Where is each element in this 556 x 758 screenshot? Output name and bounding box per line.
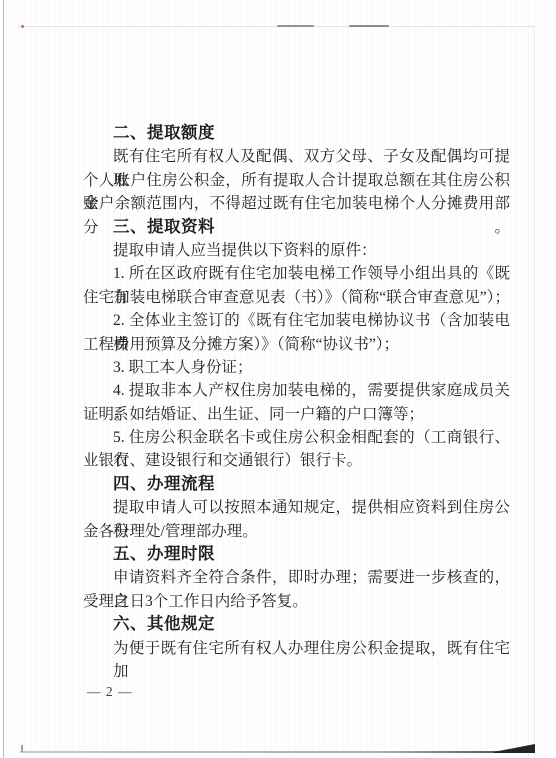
doc-line: 提取申请人应当提供以下资料的原件： — [83, 239, 510, 262]
scan-left-edge-line — [3, 0, 4, 758]
doc-line: 受理之日3个工作日内给予答复。 — [83, 590, 510, 613]
red-speck-artifact — [21, 25, 24, 28]
doc-line: 4. 提取非本人产权住房加装电梯的，需要提供家庭成员关系 — [83, 379, 510, 402]
scan-corner-shadow-wedge — [494, 744, 535, 753]
doc-line: 金各分理处/管理部办理。 — [83, 520, 510, 543]
section-heading-processing-time-limit: 五、办理时限 — [83, 543, 510, 566]
doc-line: 个人账户住房公积金，所有提取人合计提取总额在其住房公积金 — [83, 169, 510, 192]
section-heading-withdrawal-amount: 二、提取额度 — [83, 122, 510, 145]
doc-line: 业银行、建设银行和交通银行）银行卡。 — [83, 449, 510, 472]
doc-line: 3. 职工本人身份证； — [83, 356, 510, 379]
doc-line: 为便于既有住宅所有权人办理住房公积金提取，既有住宅加 — [83, 637, 510, 660]
scan-top-edge-dark-segment — [277, 25, 314, 27]
scan-bottom-left-tick — [21, 745, 23, 752]
doc-line: 2. 全体业主签订的《既有住宅加装电梯协议书（含加装电梯 — [83, 309, 510, 332]
doc-line: 工程费用预算及分摊方案）》（简称“协议书”）； — [83, 333, 510, 356]
doc-line: 申请资料齐全符合条件，即时办理；需要进一步核查的，自 — [83, 566, 510, 589]
doc-line: 证明。如结婚证、出生证、同一户籍的户口簿等； — [83, 403, 510, 426]
page-number: — 2 — — [87, 684, 133, 700]
document-page: 二、提取额度 既有住宅所有权人及配偶、双方父母、子女及配偶均可提取 个人账户住房… — [0, 0, 556, 758]
document-text-block: 二、提取额度 既有住宅所有权人及配偶、双方父母、子女及配偶均可提取 个人账户住房… — [83, 122, 510, 660]
scan-right-edge-line — [534, 26, 535, 752]
doc-line: 提取申请人可以按照本通知规定，提供相应资料到住房公积 — [83, 496, 510, 519]
doc-line: 1. 所在区政府既有住宅加装电梯工作领导小组出具的《既有 — [83, 262, 510, 285]
doc-line: 5. 住房公积金联名卡或住房公积金相配套的（工商银行、农 — [83, 426, 510, 449]
scan-bottom-edge-line — [20, 751, 535, 753]
section-heading-other-provisions: 六、其他规定 — [83, 613, 510, 636]
doc-line: 住宅加装电梯联合审查意见表（书）》（简称“联合审查意见”）； — [83, 286, 510, 309]
doc-line: 账户余额范围内，不得超过既有住宅加装电梯个人分摊费用部分。 — [83, 192, 510, 215]
section-heading-processing-procedure: 四、办理流程 — [83, 473, 510, 496]
scan-top-edge-dark-segment — [349, 25, 389, 27]
doc-line: 既有住宅所有权人及配偶、双方父母、子女及配偶均可提取 — [83, 145, 510, 168]
